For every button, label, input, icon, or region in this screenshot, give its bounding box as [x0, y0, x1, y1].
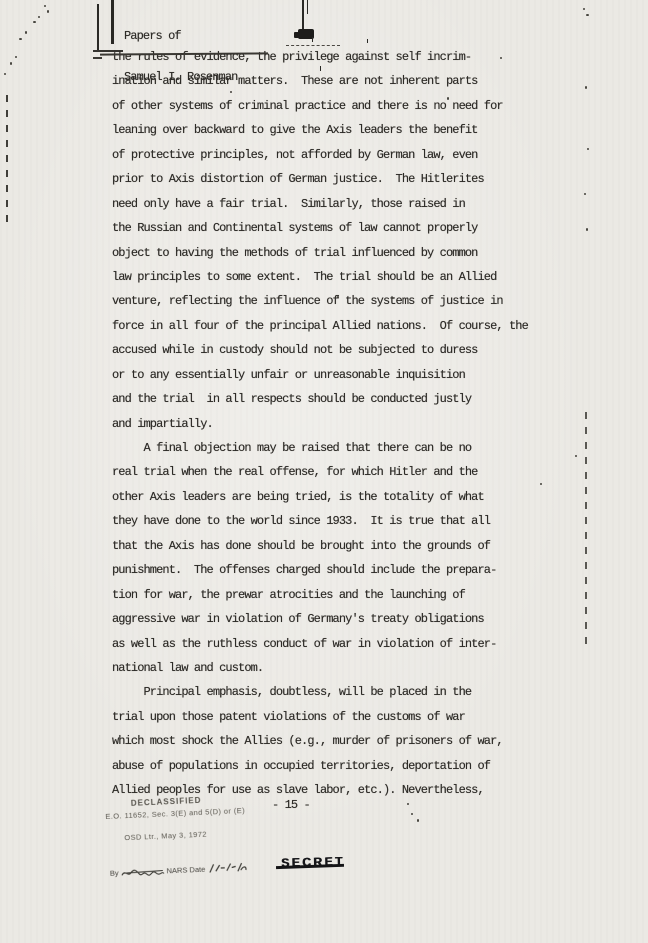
typed-line: aggressive war in violation of Germany's…: [112, 607, 528, 631]
right-fold-dashes: [585, 412, 587, 652]
tick-mark-1: [312, 37, 313, 42]
strike-lead-dash: [93, 57, 102, 59]
scanned-document-page: Papers of Samuel I. Rosenman the rules o…: [0, 0, 648, 943]
typed-line: real trial when the real offense, for wh…: [112, 460, 528, 484]
typed-line: accused while in custody should not be s…: [112, 338, 528, 362]
typed-line: which most shock the Allies (e.g., murde…: [112, 729, 528, 753]
collection-header-line1: Papers of: [124, 30, 237, 44]
typed-line: or to any essentially unfair or unreason…: [112, 363, 528, 387]
typed-line: punishment. The offenses charged should …: [112, 558, 528, 582]
left-fold-dashes: [6, 95, 8, 230]
tick-mark-2: [367, 39, 368, 43]
typed-line: force in all four of the principal Allie…: [112, 314, 528, 338]
declass-line2: E.O. 11652, Sec. 3(E) and 5(D) or (E): [105, 806, 245, 821]
typed-line: abuse of populations in occupied territo…: [112, 754, 528, 778]
typed-body: the rules of evidence, the privilege aga…: [112, 45, 528, 803]
signature-scribble: [120, 847, 166, 897]
typed-line: they have done to the world since 1933. …: [112, 509, 528, 533]
typed-line: law principles to some extent. The trial…: [112, 265, 528, 289]
typed-line: of protective principles, not afforded b…: [112, 143, 528, 167]
declass-line4: By NARS Date: [109, 843, 249, 898]
typed-line: prior to Axis distortion of German justi…: [112, 167, 528, 191]
typed-line: need only have a fair trial. Similarly, …: [112, 192, 528, 216]
date-scribble: [206, 843, 248, 894]
typed-line: venture, reflecting the influence of the…: [112, 289, 528, 313]
bracket-right-line-2: [307, 0, 308, 14]
declass-by-label: By: [110, 868, 119, 877]
declass-line1: DECLASSIFIED: [131, 796, 202, 808]
typed-line: of other systems of criminal practice an…: [112, 94, 528, 118]
typed-line: A final objection may be raised that the…: [112, 436, 528, 460]
typed-line: tion for war, the prewar atrocities and …: [112, 583, 528, 607]
dash-marks-above: [286, 45, 340, 46]
tick-mark-3: [320, 66, 321, 71]
bracket-left-bar: [111, 0, 114, 44]
typed-line: the Russian and Continental systems of l…: [112, 216, 528, 240]
declass-line3: OSD Ltr., May 3, 1972: [124, 830, 207, 843]
bracket-left-line: [97, 4, 99, 51]
typed-line: as well as the ruthless conduct of war i…: [112, 632, 528, 656]
typed-line: that the Axis has done should be brought…: [112, 534, 528, 558]
typed-line: national law and custom.: [112, 656, 528, 680]
typed-line: other Axis leaders are being tried, is t…: [112, 485, 528, 509]
typed-line: Principal emphasis, doubtless, will be p…: [112, 680, 528, 704]
typed-line: leaning over backward to give the Axis l…: [112, 118, 528, 142]
typed-line: trial upon those patent violations of th…: [112, 705, 528, 729]
typed-line: object to having the methods of trial in…: [112, 241, 528, 265]
typed-line: and impartially.: [112, 412, 528, 436]
typed-line: ination and similar matters. These are n…: [112, 69, 528, 93]
declass-nars-label: NARS Date: [166, 865, 205, 876]
typed-line: and the trial in all respects should be …: [112, 387, 528, 411]
